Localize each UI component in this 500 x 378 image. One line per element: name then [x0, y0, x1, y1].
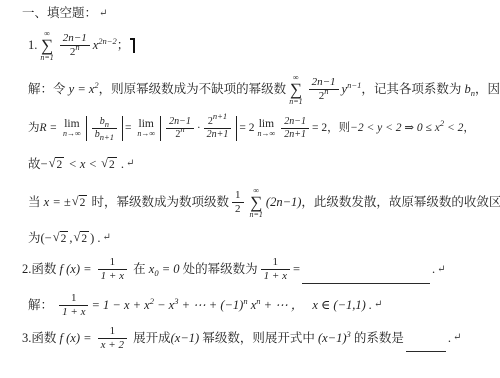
paragraph-mark-icon: ↵ [126, 158, 134, 171]
problem-1: 1. ∞∑n=1 2n−12n x2n−2 ； [28, 30, 496, 62]
text-run: 当 [28, 195, 44, 211]
math-run: , [69, 231, 72, 247]
solution-2-line: 解： 11 + x = 1 − x + x2 − x3 + ⋯ + (−1)n … [28, 292, 496, 319]
text-run: 为 [28, 231, 41, 247]
fraction: 12 [232, 189, 244, 216]
text-run: 解：令 [28, 82, 69, 98]
fraction: 11 + x [261, 256, 290, 283]
math-run: = [293, 262, 300, 278]
math-run: yn−1 [342, 82, 362, 98]
fraction: 2n−12n [60, 32, 90, 59]
math-run: = [125, 121, 134, 135]
math-run: R = [40, 121, 61, 135]
problem-2: 2. 函数 f (x) = 11 + x 在 x0 = 0 处的幂级数为 11 … [22, 256, 496, 283]
square-root: √2 [72, 195, 88, 210]
section-heading-text: 一、填空题： [22, 6, 97, 22]
fraction: bnbn+1 [92, 116, 117, 141]
section-heading: 一、填空题： ↵ [22, 6, 496, 22]
abs-bar [236, 116, 237, 141]
fraction: 2n−12n [309, 76, 339, 103]
summation-symbol: ∞∑n=1 [289, 74, 302, 106]
paragraph-mark-icon: ↵ [103, 232, 111, 245]
math-run: −2 < y < 2 ⇒ 0 ≤ x2 < 2 [350, 121, 463, 135]
limit-operator: limn→∞ [137, 119, 155, 139]
text-run: ，则 [327, 121, 350, 135]
math-run: y = x2 [69, 82, 99, 98]
text-run: ，因 [475, 82, 500, 98]
math-run: x0 = 0 [149, 262, 180, 278]
punctuation: ； [117, 38, 130, 54]
square-root: √2 [73, 231, 89, 246]
math-run: (2n−1) [266, 195, 302, 211]
math-run: < x < [65, 157, 100, 173]
paragraph-mark-icon: ↵ [99, 8, 107, 21]
text-run: ，记其各项系数为 [361, 82, 464, 98]
square-root: √2 [101, 157, 117, 172]
punctuation: . [432, 262, 435, 278]
abs-bar [160, 116, 161, 141]
math-run: bn [464, 82, 475, 98]
summation-symbol: ∞∑n=1 [40, 30, 53, 62]
solution-1-line-5: 为 (− √2 , √2 ) . ↵ [28, 231, 496, 247]
math-run: − [41, 157, 48, 173]
problem-1-number: 1. [28, 38, 37, 54]
fraction: 11 + x [98, 256, 127, 283]
text-cursor [133, 38, 135, 53]
radical-sign: √ [73, 231, 80, 244]
text-run: 的系数是 [351, 331, 404, 347]
paragraph-mark-icon: ↵ [374, 299, 382, 312]
solution-1-line-2: 为 R = limn→∞ bnbn+1 = limn→∞ 2n−12n · 2n… [28, 116, 496, 141]
math-run: (− [41, 231, 52, 247]
math-run: . [118, 157, 124, 173]
solution-1-line-1: 解：令 y = x2 ，则原幂级数成为不缺项的幂级数 ∞∑n=1 2n−12n … [28, 74, 496, 106]
text-run: ，此级数发散，故原幂级数的收敛区间 [301, 195, 500, 211]
text-run: 时，幂级数成为数项级数 [88, 195, 229, 211]
solution-1-line-3: 故 − √2 < x < √2 . ↵ [28, 157, 496, 173]
text-run: 解： [28, 298, 56, 314]
text-run: ，则原幂级数成为不缺项的幂级数 [99, 82, 287, 98]
text-run: 处的幂级数为 [180, 262, 258, 278]
radical-sign: √ [72, 195, 79, 208]
answer-blank [406, 337, 446, 352]
absolute-value-group: 2n−12n · 2n+12n+1 [158, 116, 239, 141]
abs-bar [122, 116, 123, 141]
text-run: 为 [28, 121, 40, 135]
math-run: (x−1)3 [318, 331, 351, 347]
math-run: = 2 [312, 121, 327, 135]
summation-symbol: ∞∑n=1 [250, 187, 263, 219]
multiplication-dot: · [197, 121, 201, 135]
abs-bar [86, 116, 87, 141]
solution-1-line-4: 当 x = ± √2 时，幂级数成为数项级数 12 ∞∑n=1 (2n−1) ，… [28, 187, 496, 219]
text-run: 在 [130, 262, 149, 278]
math-run: x2n−2 [93, 38, 117, 54]
math-run: x = ± [44, 195, 71, 211]
paragraph-mark-icon: ↵ [437, 264, 445, 277]
radical-sign: √ [101, 157, 108, 170]
text-run: 故 [28, 157, 41, 173]
absolute-value-group: bnbn+1 [84, 116, 125, 141]
math-run: = 1 − x + x2 − x3 + ⋯ + (−1)n xn + ⋯ ， [91, 298, 303, 314]
math-run: (x−1) [171, 331, 200, 347]
radical-sign: √ [53, 231, 60, 244]
limit-operator: limn→∞ [258, 119, 276, 139]
fraction: 11 + x [59, 292, 88, 319]
square-root: √2 [49, 157, 65, 172]
text-run: 展开成 [130, 331, 171, 347]
text-run: 幂级数，则展开式中 [199, 331, 318, 347]
problem-2-number: 2. [22, 262, 31, 278]
math-run: f (x) = [60, 331, 95, 347]
problem-3: 3. 函数 f (x) = 1x + 2 展开成 (x−1) 幂级数，则展开式中… [22, 325, 496, 352]
square-root: √2 [53, 231, 69, 246]
text-run: 函数 [31, 331, 59, 347]
math-run: ) . [90, 231, 100, 247]
text-run: ， [463, 121, 475, 135]
math-run: f (x) = [60, 262, 95, 278]
text-run: 函数 [31, 262, 59, 278]
punctuation: . [448, 331, 451, 347]
math-run: = 2 [239, 121, 254, 135]
math-run: x ∈ (−1,1) . [312, 298, 372, 314]
fraction: 2n−12n [166, 116, 194, 141]
radical-sign: √ [49, 157, 56, 170]
fraction: 2n+12n+1 [204, 116, 232, 141]
answer-blank [302, 269, 430, 284]
paragraph-mark-icon: ↵ [453, 332, 461, 345]
limit-operator: limn→∞ [63, 119, 81, 139]
fraction: 1x + 2 [98, 325, 127, 352]
problem-3-number: 3. [22, 331, 31, 347]
worksheet-document[interactable]: 一、填空题： ↵ 1. ∞∑n=1 2n−12n x2n−2 ； 解：令 y =… [0, 0, 500, 378]
fraction: 2n−12n+1 [281, 116, 309, 141]
